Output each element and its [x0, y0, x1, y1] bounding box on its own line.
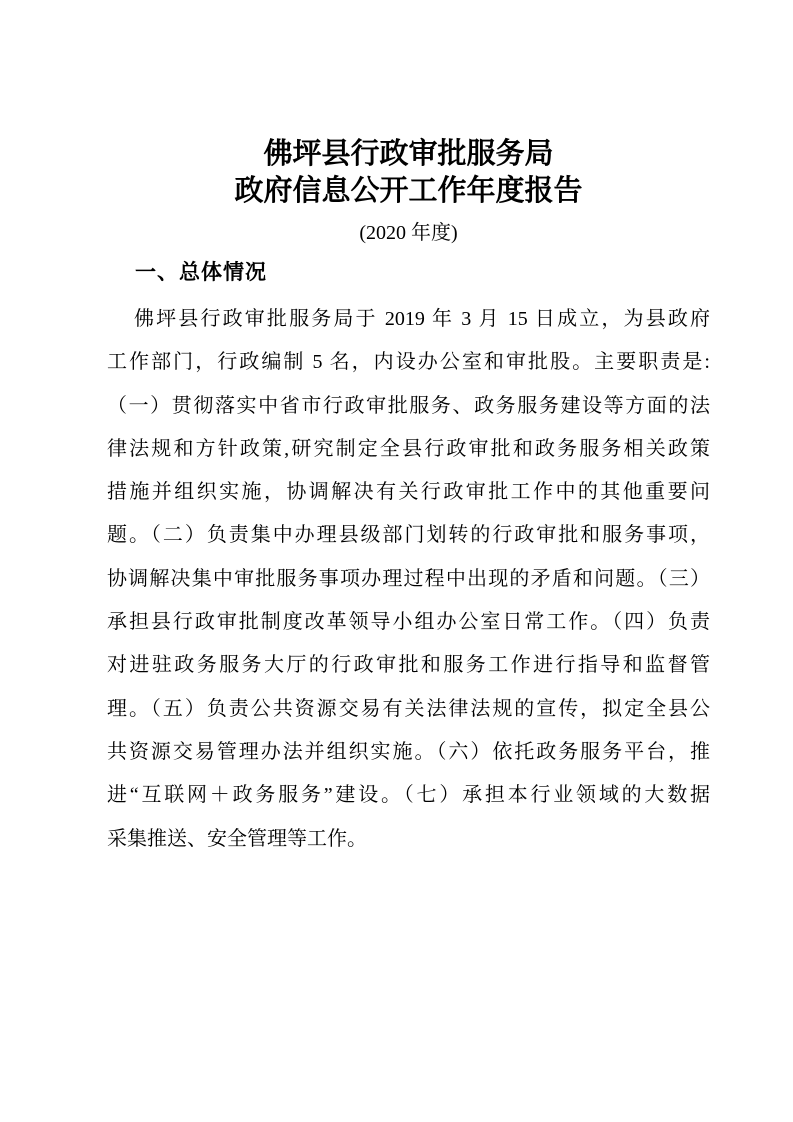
- body-line: 对进驻政务服务大厅的行政审批和服务工作进行指导和监督管: [107, 644, 710, 687]
- body-line: 采集推送、安全管理等工作。: [107, 818, 710, 861]
- body-line: （一）贯彻落实中省市行政审批服务、政务服务建设等方面的法: [107, 385, 710, 428]
- body-line: 工作部门，行政编制 5 名，内设办公室和审批股。主要职责是:: [107, 341, 710, 384]
- body-line: 理。（五）负责公共资源交易有关法律法规的宣传，拟定全县公: [107, 688, 710, 731]
- body-line: 承担县行政审批制度改革领导小组办公室日常工作。（四）负责: [107, 601, 710, 644]
- paragraph-body: 佛坪县行政审批服务局于 2019 年 3 月 15 日成立，为县政府 工作部门，…: [107, 298, 710, 861]
- body-line: 协调解决集中审批服务事项办理过程中出现的矛盾和问题。（三）: [107, 558, 710, 601]
- body-line: 佛坪县行政审批服务局于 2019 年 3 月 15 日成立，为县政府: [107, 298, 710, 341]
- document-page: 佛坪县行政审批服务局 政府信息公开工作年度报告 (2020 年度) 一、总体情况…: [0, 0, 793, 1122]
- document-title: 佛坪县行政审批服务局 政府信息公开工作年度报告: [107, 136, 710, 210]
- document-subtitle: (2020 年度): [107, 220, 710, 246]
- section-heading: 一、总体情况: [135, 260, 710, 286]
- body-line: 措施并组织实施，协调解决有关行政审批工作中的其他重要问: [107, 471, 710, 514]
- body-line: 进“互联网＋政务服务”建设。（七）承担本行业领域的大数据: [107, 774, 710, 817]
- document-content: 佛坪县行政审批服务局 政府信息公开工作年度报告 (2020 年度) 一、总体情况…: [107, 0, 710, 861]
- document-title-line2: 政府信息公开工作年度报告: [107, 173, 710, 210]
- body-line: 律法规和方针政策,研究制定全县行政审批和政务服务相关政策: [107, 428, 710, 471]
- document-title-line1: 佛坪县行政审批服务局: [107, 136, 710, 173]
- body-line: 共资源交易管理办法并组织实施。（六）依托政务服务平台，推: [107, 731, 710, 774]
- body-line: 题。（二）负责集中办理县级部门划转的行政审批和服务事项，: [107, 514, 710, 557]
